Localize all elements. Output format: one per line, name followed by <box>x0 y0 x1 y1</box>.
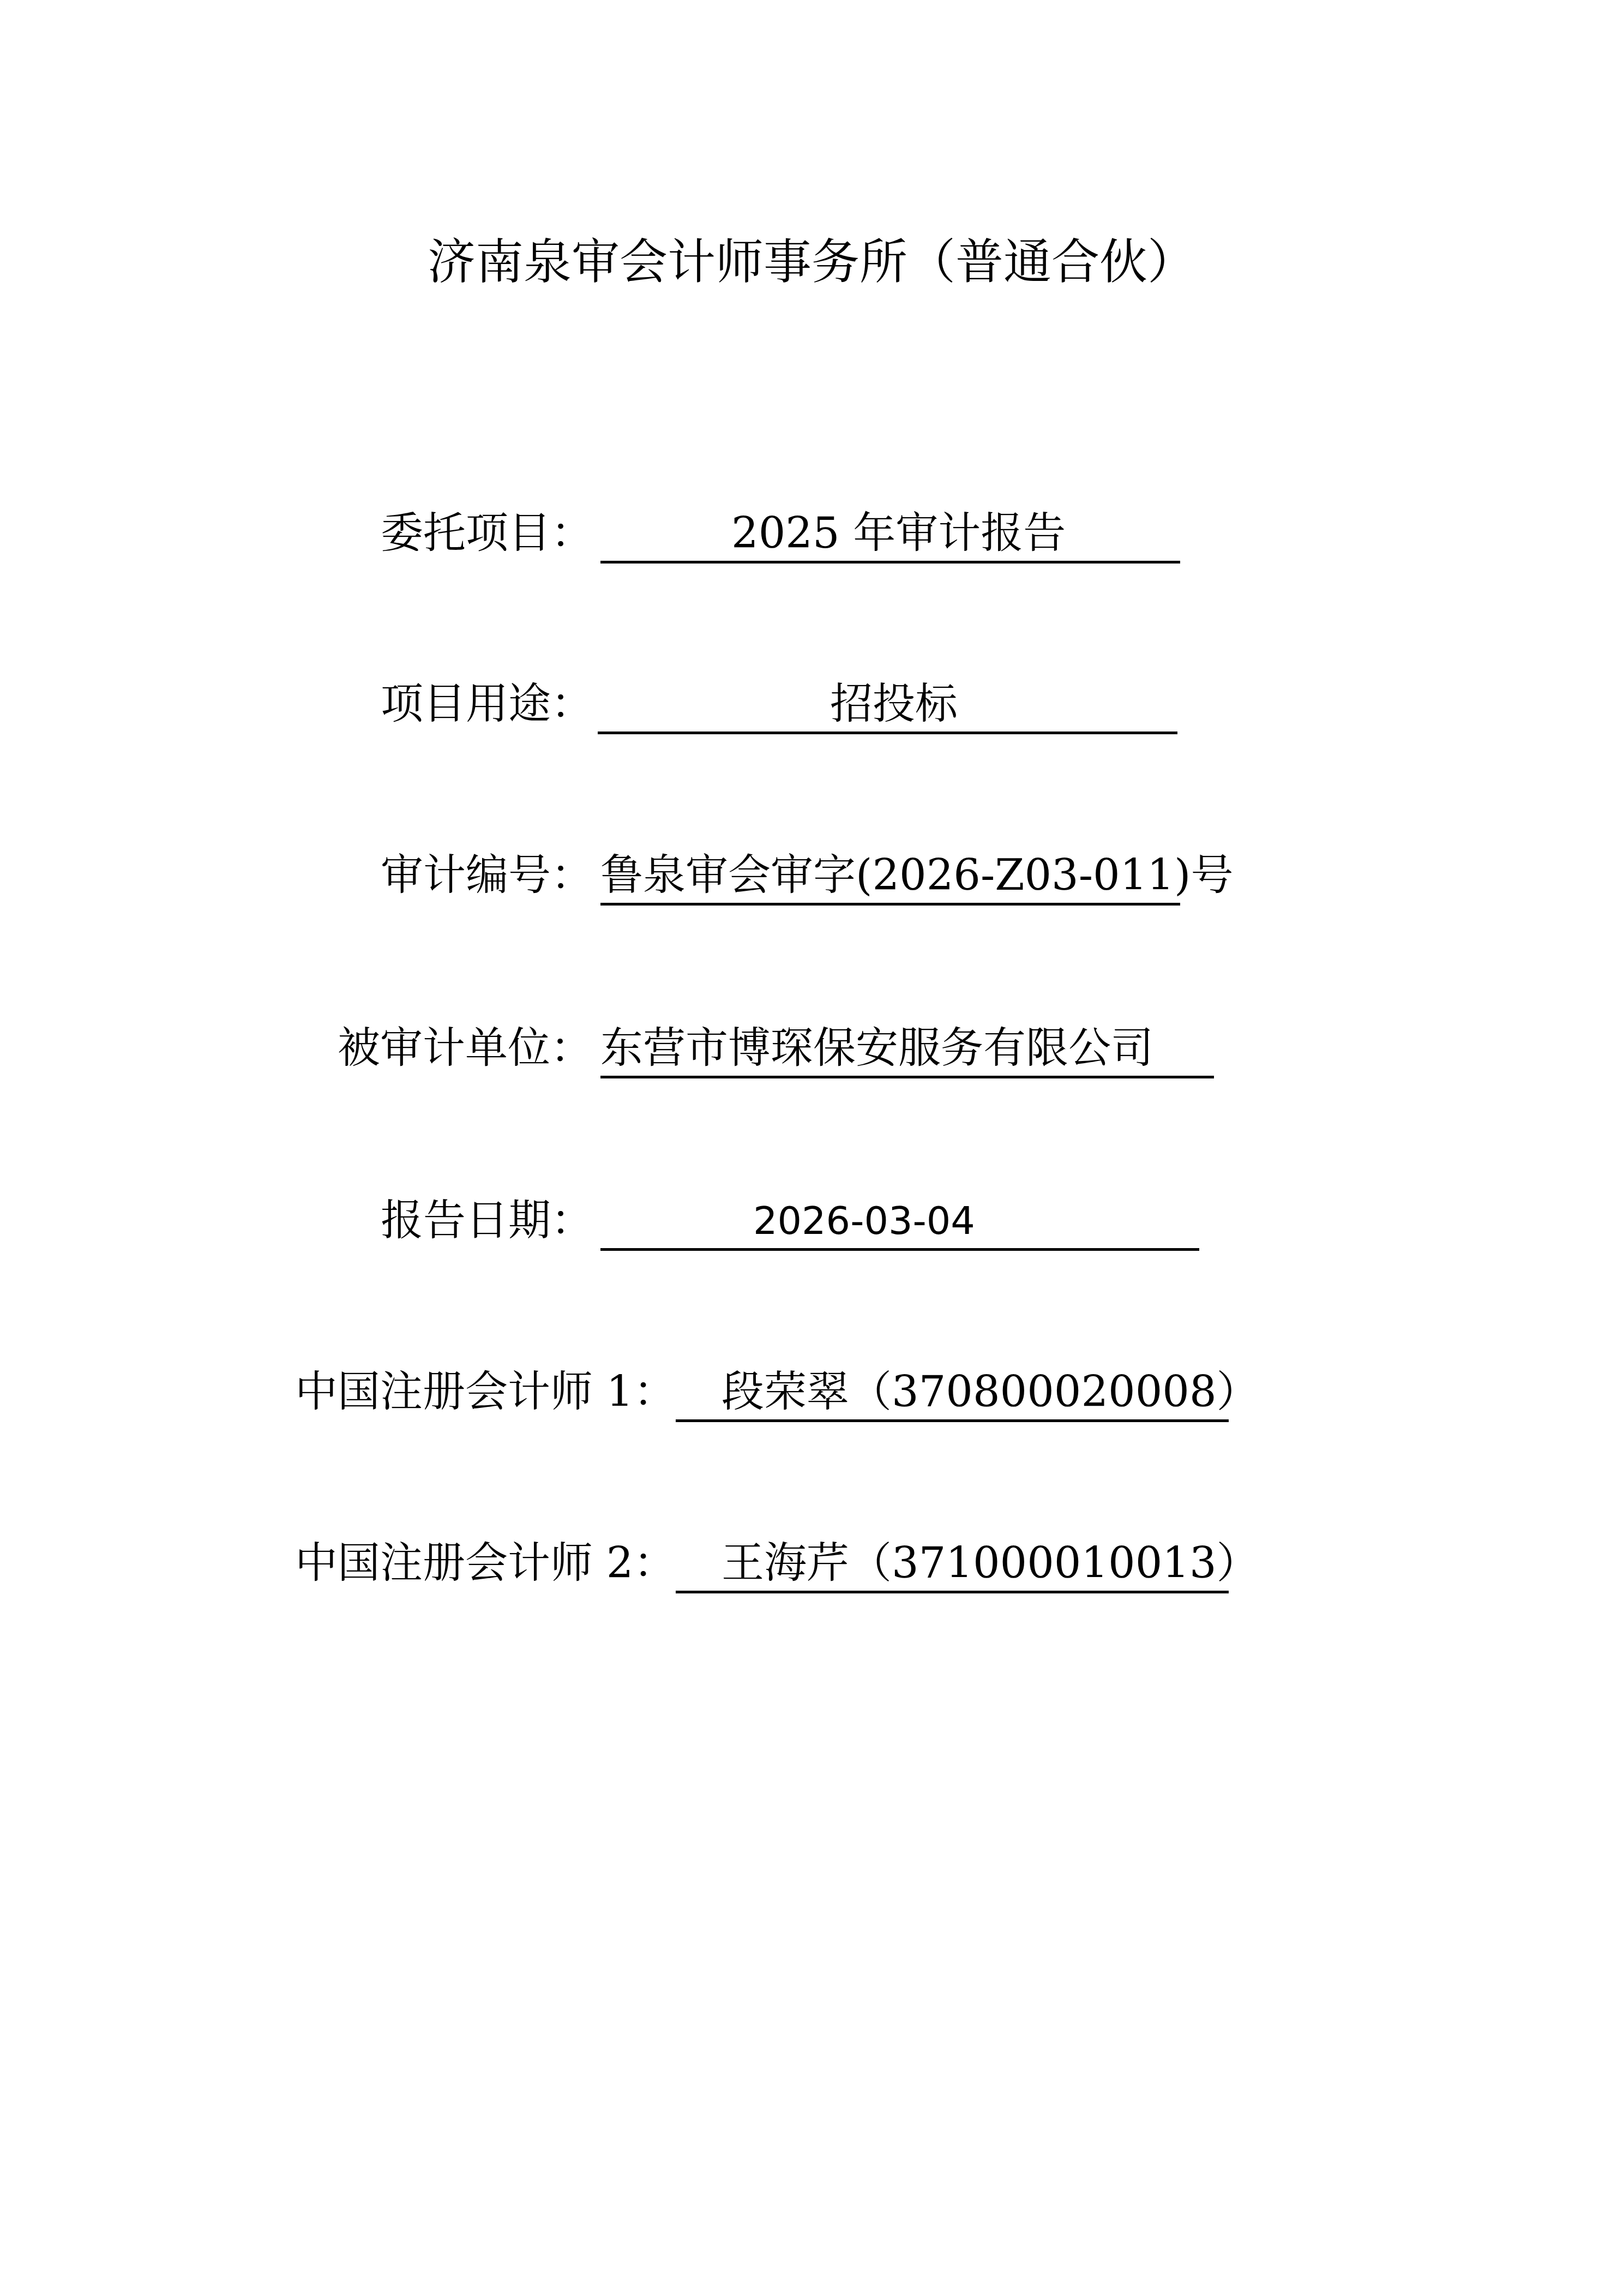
cpa-1-field: 段荣翠（370800020008） <box>676 1365 1229 1422</box>
project-purpose-value: 招投标 <box>830 677 958 732</box>
field-row-project-purpose: 项目用途： 招投标 <box>0 677 1623 737</box>
field-row-audited-entity: 被审计单位： 东营市博琛保安服务有限公司 <box>0 1021 1623 1081</box>
audited-entity-label: 被审计单位： <box>338 1021 593 1076</box>
project-purpose-field: 招投标 <box>598 677 1177 734</box>
cpa-1-value: 段荣翠（370800020008） <box>722 1365 1259 1419</box>
cpa-2-field: 王海芹（371000010013） <box>676 1536 1229 1593</box>
report-date-value: 2026-03-04 <box>753 1194 975 1248</box>
report-date-label: 报告日期： <box>381 1194 593 1248</box>
engagement-project-field: 2025 年审计报告 <box>600 506 1180 563</box>
field-row-report-date: 报告日期： 2026-03-04 <box>0 1194 1623 1254</box>
field-row-cpa-2: 中国注册会计师 2： 王海芹（371000010013） <box>0 1536 1623 1596</box>
engagement-project-label: 委托项目： <box>381 506 593 561</box>
audited-entity-value: 东营市博琛保安服务有限公司 <box>600 1021 1153 1076</box>
engagement-project-value: 2025 年审计报告 <box>731 506 1066 561</box>
audit-number-value: 鲁泉审会审字(2026-Z03-011)号 <box>600 848 1233 903</box>
project-purpose-label: 项目用途： <box>381 677 593 732</box>
report-date-field: 2026-03-04 <box>600 1194 1199 1251</box>
field-row-cpa-1: 中国注册会计师 1： 段荣翠（370800020008） <box>0 1365 1623 1425</box>
cpa-2-label: 中国注册会计师 2： <box>295 1536 676 1591</box>
cpa-1-label: 中国注册会计师 1： <box>295 1365 676 1419</box>
audit-number-field: 鲁泉审会审字(2026-Z03-011)号 <box>600 848 1180 906</box>
cpa-2-value: 王海芹（371000010013） <box>722 1536 1259 1591</box>
field-row-engagement-project: 委托项目： 2025 年审计报告 <box>0 506 1623 566</box>
audited-entity-field: 东营市博琛保安服务有限公司 <box>600 1021 1214 1078</box>
firm-title: 济南泉审会计师事务所（普通合伙） <box>0 232 1623 292</box>
audit-number-label: 审计编号： <box>381 848 593 903</box>
field-row-audit-number: 审计编号： 鲁泉审会审字(2026-Z03-011)号 <box>0 848 1623 908</box>
